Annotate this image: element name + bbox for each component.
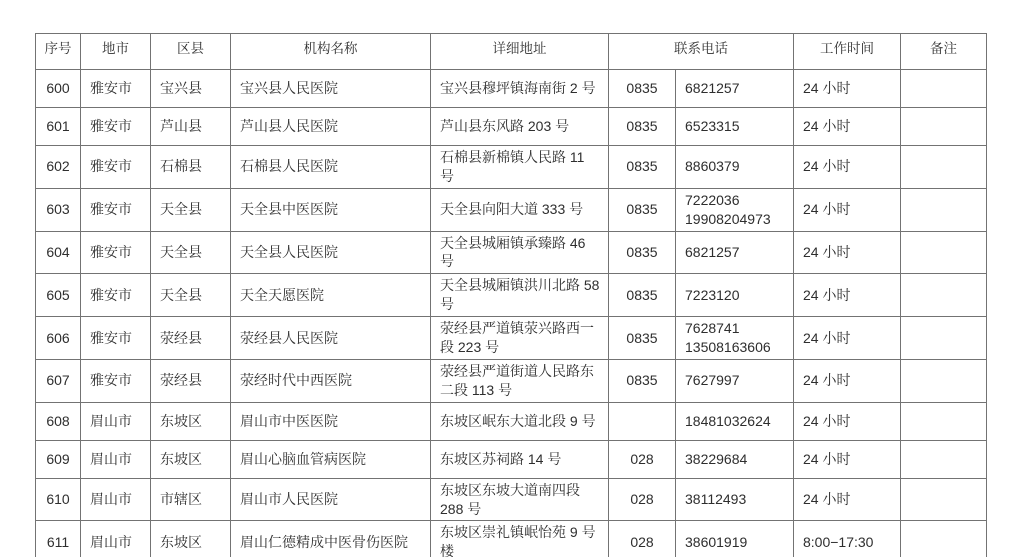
cell-area-code: 028	[609, 478, 676, 521]
cell-phone: 18481032624	[676, 402, 794, 440]
cell-note	[901, 521, 987, 557]
cell-city: 雅安市	[81, 146, 151, 189]
hospital-table: 序号 地市 区县 机构名称 详细地址 联系电话 工作时间 备注 600 雅安市 …	[35, 33, 987, 557]
cell-address: 荥经县严道镇荥兴路西一段 223 号	[431, 317, 609, 360]
cell-note	[901, 146, 987, 189]
cell-district: 东坡区	[151, 440, 231, 478]
cell-hours: 24 小时	[794, 146, 901, 189]
cell-district: 荥经县	[151, 317, 231, 360]
cell-phone: 7628741 13508163606	[676, 317, 794, 360]
cell-hours: 24 小时	[794, 440, 901, 478]
cell-name: 眉山心脑血管病医院	[231, 440, 431, 478]
cell-city: 雅安市	[81, 108, 151, 146]
cell-note	[901, 274, 987, 317]
cell-district: 天全县	[151, 231, 231, 274]
table-row: 601 雅安市 芦山县 芦山县人民医院 芦山县东风路 203 号 0835 65…	[36, 108, 987, 146]
cell-city: 雅安市	[81, 317, 151, 360]
cell-name: 宝兴县人民医院	[231, 70, 431, 108]
cell-seq: 607	[36, 359, 81, 402]
cell-city: 雅安市	[81, 188, 151, 231]
cell-district: 东坡区	[151, 521, 231, 557]
cell-note	[901, 440, 987, 478]
header-row: 序号 地市 区县 机构名称 详细地址 联系电话 工作时间 备注	[36, 34, 987, 70]
cell-hours: 24 小时	[794, 108, 901, 146]
cell-area-code	[609, 402, 676, 440]
cell-seq: 602	[36, 146, 81, 189]
hospital-table-container: 序号 地市 区县 机构名称 详细地址 联系电话 工作时间 备注 600 雅安市 …	[35, 33, 986, 557]
col-header-address: 详细地址	[431, 34, 609, 70]
cell-city: 眉山市	[81, 402, 151, 440]
col-header-city: 地市	[81, 34, 151, 70]
page: 序号 地市 区县 机构名称 详细地址 联系电话 工作时间 备注 600 雅安市 …	[0, 0, 1024, 557]
cell-address: 天全县城厢镇洪川北路 58 号	[431, 274, 609, 317]
table-row: 608 眉山市 东坡区 眉山市中医医院 东坡区岷东大道北段 9 号 184810…	[36, 402, 987, 440]
table-body: 600 雅安市 宝兴县 宝兴县人民医院 宝兴县穆坪镇海南街 2 号 0835 6…	[36, 70, 987, 557]
col-header-phone: 联系电话	[609, 34, 794, 70]
cell-address: 宝兴县穆坪镇海南街 2 号	[431, 70, 609, 108]
cell-city: 眉山市	[81, 440, 151, 478]
cell-seq: 609	[36, 440, 81, 478]
cell-city: 雅安市	[81, 231, 151, 274]
col-header-district: 区县	[151, 34, 231, 70]
cell-address: 天全县向阳大道 333 号	[431, 188, 609, 231]
cell-name: 眉山市人民医院	[231, 478, 431, 521]
cell-note	[901, 231, 987, 274]
table-row: 609 眉山市 东坡区 眉山心脑血管病医院 东坡区苏祠路 14 号 028 38…	[36, 440, 987, 478]
cell-city: 眉山市	[81, 478, 151, 521]
cell-phone: 6821257	[676, 70, 794, 108]
cell-hours: 24 小时	[794, 70, 901, 108]
col-header-name: 机构名称	[231, 34, 431, 70]
cell-note	[901, 70, 987, 108]
table-row: 606 雅安市 荥经县 荥经县人民医院 荥经县严道镇荥兴路西一段 223 号 0…	[36, 317, 987, 360]
cell-seq: 606	[36, 317, 81, 360]
cell-note	[901, 478, 987, 521]
cell-phone: 38112493	[676, 478, 794, 521]
cell-name: 石棉县人民医院	[231, 146, 431, 189]
cell-address: 东坡区崇礼镇岷怡苑 9 号楼	[431, 521, 609, 557]
cell-hours: 24 小时	[794, 274, 901, 317]
cell-seq: 611	[36, 521, 81, 557]
cell-district: 石棉县	[151, 146, 231, 189]
cell-area-code: 0835	[609, 359, 676, 402]
cell-hours: 24 小时	[794, 402, 901, 440]
cell-area-code: 028	[609, 440, 676, 478]
cell-address: 芦山县东风路 203 号	[431, 108, 609, 146]
cell-phone: 8860379	[676, 146, 794, 189]
cell-district: 天全县	[151, 274, 231, 317]
cell-hours: 8:00−17:30	[794, 521, 901, 557]
cell-seq: 605	[36, 274, 81, 317]
cell-hours: 24 小时	[794, 188, 901, 231]
cell-name: 天全县中医医院	[231, 188, 431, 231]
cell-area-code: 0835	[609, 108, 676, 146]
col-header-note: 备注	[901, 34, 987, 70]
cell-hours: 24 小时	[794, 317, 901, 360]
cell-area-code: 028	[609, 521, 676, 557]
cell-seq: 600	[36, 70, 81, 108]
cell-phone: 7222036 19908204973	[676, 188, 794, 231]
cell-area-code: 0835	[609, 146, 676, 189]
cell-city: 雅安市	[81, 359, 151, 402]
cell-note	[901, 317, 987, 360]
cell-district: 宝兴县	[151, 70, 231, 108]
table-row: 610 眉山市 市辖区 眉山市人民医院 东坡区东坡大道南四段 288 号 028…	[36, 478, 987, 521]
cell-area-code: 0835	[609, 231, 676, 274]
cell-area-code: 0835	[609, 274, 676, 317]
cell-note	[901, 359, 987, 402]
cell-name: 眉山市中医医院	[231, 402, 431, 440]
cell-address: 荥经县严道街道人民路东二段 113 号	[431, 359, 609, 402]
cell-hours: 24 小时	[794, 478, 901, 521]
cell-seq: 604	[36, 231, 81, 274]
cell-name: 天全天愿医院	[231, 274, 431, 317]
cell-seq: 610	[36, 478, 81, 521]
cell-note	[901, 108, 987, 146]
cell-district: 天全县	[151, 188, 231, 231]
cell-area-code: 0835	[609, 317, 676, 360]
table-row: 600 雅安市 宝兴县 宝兴县人民医院 宝兴县穆坪镇海南街 2 号 0835 6…	[36, 70, 987, 108]
cell-name: 荥经县人民医院	[231, 317, 431, 360]
cell-note	[901, 402, 987, 440]
cell-seq: 608	[36, 402, 81, 440]
cell-area-code: 0835	[609, 70, 676, 108]
cell-district: 市辖区	[151, 478, 231, 521]
cell-phone: 38229684	[676, 440, 794, 478]
table-header: 序号 地市 区县 机构名称 详细地址 联系电话 工作时间 备注	[36, 34, 987, 70]
cell-district: 芦山县	[151, 108, 231, 146]
cell-name: 眉山仁德精成中医骨伤医院	[231, 521, 431, 557]
cell-area-code: 0835	[609, 188, 676, 231]
table-row: 602 雅安市 石棉县 石棉县人民医院 石棉县新棉镇人民路 11 号 0835 …	[36, 146, 987, 189]
cell-address: 东坡区苏祠路 14 号	[431, 440, 609, 478]
table-row: 607 雅安市 荥经县 荥经时代中西医院 荥经县严道街道人民路东二段 113 号…	[36, 359, 987, 402]
cell-seq: 603	[36, 188, 81, 231]
cell-address: 东坡区岷东大道北段 9 号	[431, 402, 609, 440]
cell-city: 眉山市	[81, 521, 151, 557]
cell-hours: 24 小时	[794, 231, 901, 274]
cell-seq: 601	[36, 108, 81, 146]
cell-note	[901, 188, 987, 231]
cell-district: 东坡区	[151, 402, 231, 440]
col-header-hours: 工作时间	[794, 34, 901, 70]
cell-phone: 38601919	[676, 521, 794, 557]
cell-city: 雅安市	[81, 70, 151, 108]
cell-phone: 6821257	[676, 231, 794, 274]
cell-name: 荥经时代中西医院	[231, 359, 431, 402]
table-row: 604 雅安市 天全县 天全县人民医院 天全县城厢镇承臻路 46 号 0835 …	[36, 231, 987, 274]
table-row: 605 雅安市 天全县 天全天愿医院 天全县城厢镇洪川北路 58 号 0835 …	[36, 274, 987, 317]
col-header-seq: 序号	[36, 34, 81, 70]
table-row: 603 雅安市 天全县 天全县中医医院 天全县向阳大道 333 号 0835 7…	[36, 188, 987, 231]
cell-name: 芦山县人民医院	[231, 108, 431, 146]
cell-phone: 6523315	[676, 108, 794, 146]
cell-district: 荥经县	[151, 359, 231, 402]
cell-hours: 24 小时	[794, 359, 901, 402]
cell-address: 天全县城厢镇承臻路 46 号	[431, 231, 609, 274]
cell-city: 雅安市	[81, 274, 151, 317]
table-row: 611 眉山市 东坡区 眉山仁德精成中医骨伤医院 东坡区崇礼镇岷怡苑 9 号楼 …	[36, 521, 987, 557]
cell-address: 石棉县新棉镇人民路 11 号	[431, 146, 609, 189]
cell-name: 天全县人民医院	[231, 231, 431, 274]
cell-phone: 7223120	[676, 274, 794, 317]
cell-phone: 7627997	[676, 359, 794, 402]
cell-address: 东坡区东坡大道南四段 288 号	[431, 478, 609, 521]
